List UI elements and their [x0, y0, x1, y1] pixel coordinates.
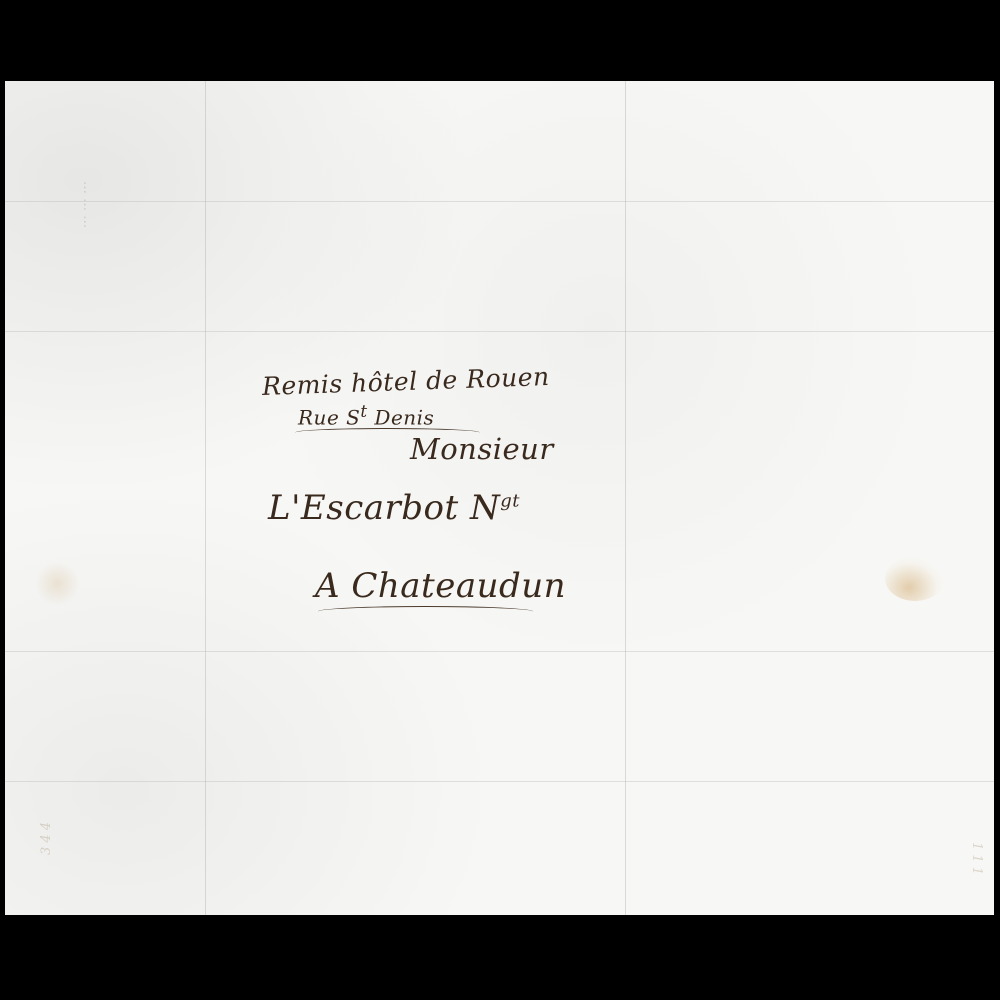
- fold-line: [5, 331, 994, 332]
- fold-line: [5, 651, 994, 652]
- address-salutation: Monsieur: [410, 432, 554, 466]
- flourish-underline: [318, 606, 533, 617]
- recipient-name: L'Escarbot N: [268, 488, 500, 528]
- paper-stain: [35, 561, 80, 606]
- fold-line: [5, 781, 994, 782]
- bleed-through-text: … … …: [80, 181, 95, 228]
- street-prefix: Rue S: [298, 406, 360, 430]
- fold-line: [625, 81, 626, 915]
- address-line-street: Rue St Denis: [298, 402, 434, 430]
- fold-line: [5, 201, 994, 202]
- recipient-title-superscript: gt: [500, 491, 520, 512]
- bleed-through-text: 1 1 1: [969, 842, 984, 875]
- address-city: A Chateaudun: [315, 566, 566, 606]
- bleed-through-text: 3 4 4: [39, 822, 54, 855]
- paper-stain: [885, 556, 945, 601]
- address-recipient: L'Escarbot Ngt: [268, 488, 520, 528]
- fold-line: [205, 81, 206, 915]
- street-superscript: t: [360, 402, 367, 421]
- street-name: Denis: [368, 406, 435, 430]
